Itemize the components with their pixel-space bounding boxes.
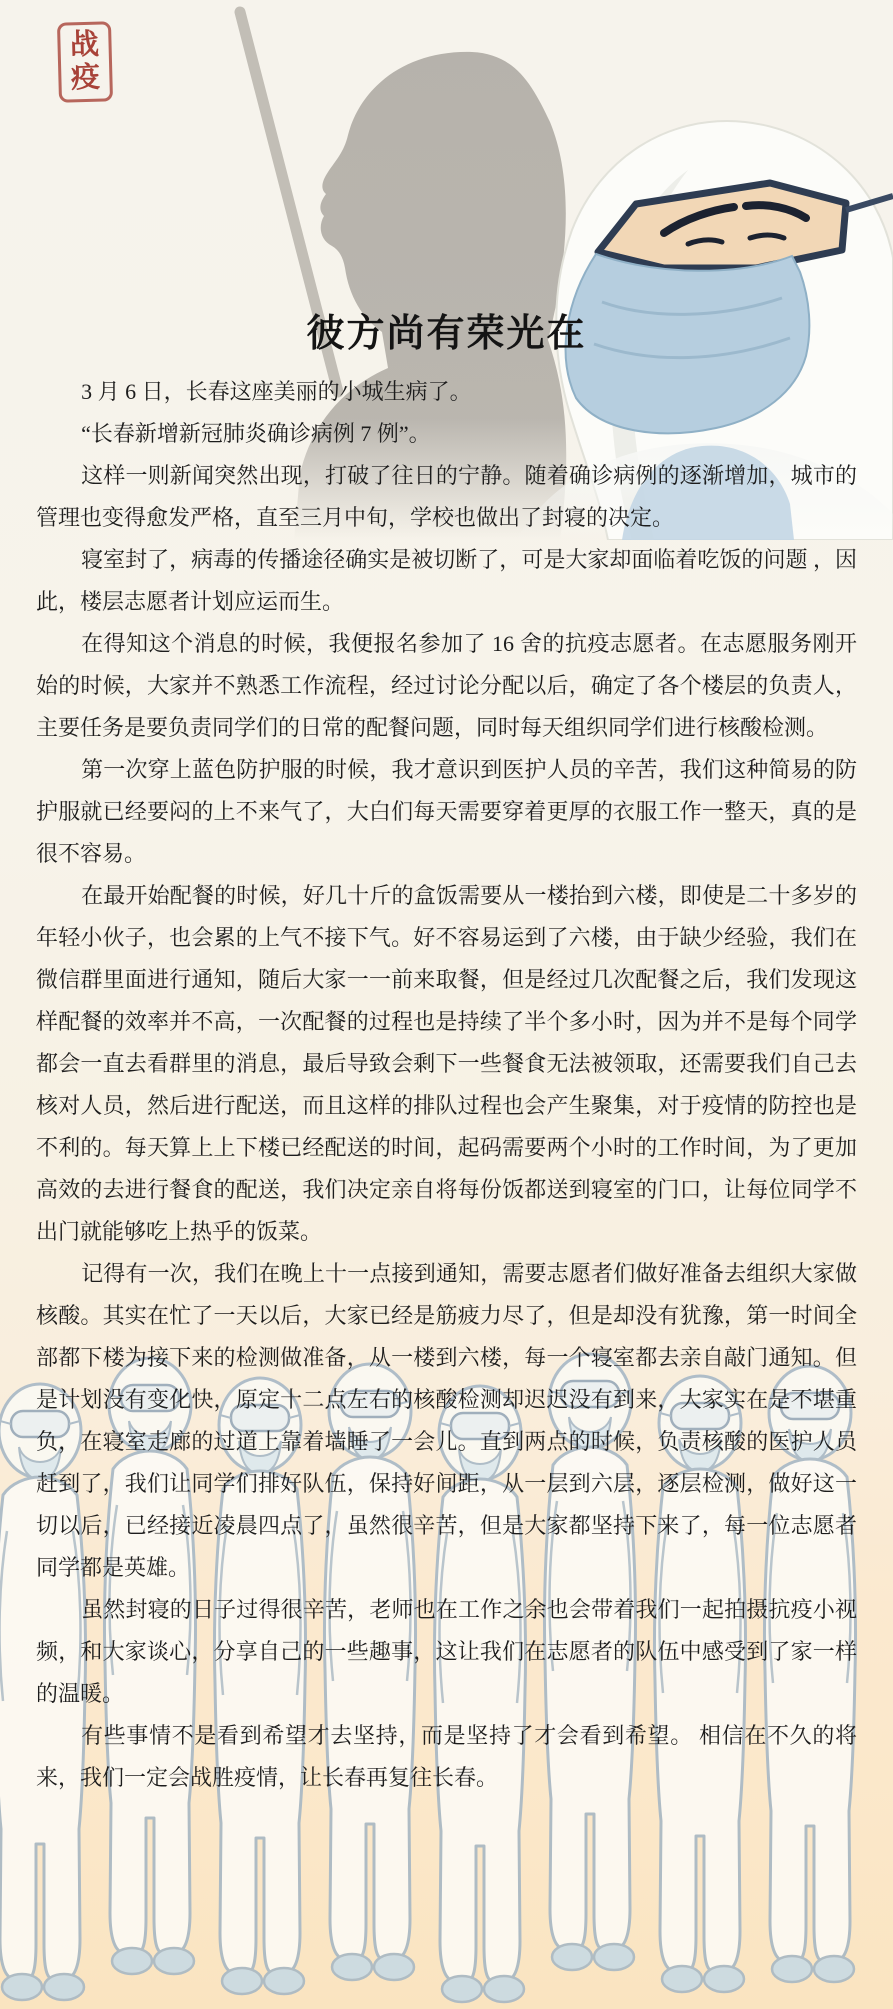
seal-char-bottom: 疫 [70, 62, 100, 96]
article-title: 彼方尚有荣光在 [0, 302, 893, 357]
paragraph-9: 虽然封寝的日子过得很辛苦，老师也在工作之余也会带着我们一起拍摄抗疫小视频，和大家… [36, 1589, 857, 1715]
paragraph-7: 在最开始配餐的时候，好几十斤的盒饭需要从一楼抬到六楼，即使是二十多岁的年轻小伙子… [36, 875, 857, 1253]
paragraph-3: 这样一则新闻突然出现，打破了往日的宁静。随着确诊病例的逐渐增加，城市的管理也变得… [36, 455, 857, 539]
paragraph-10: 有些事情不是看到希望才去坚持，而是坚持了才会看到希望。 相信在不久的将来，我们一… [36, 1715, 857, 1799]
article-page: 战 疫 彼方尚有荣光在 3 月 6 日，长春这座美丽的小城生病了。 “长春新增新… [0, 0, 893, 2009]
anti-epidemic-seal: 战 疫 [57, 21, 113, 102]
paragraph-2: “长春新增新冠肺炎确诊病例 7 例”。 [36, 413, 857, 455]
paragraph-1: 3 月 6 日，长春这座美丽的小城生病了。 [36, 371, 857, 413]
paragraph-5: 在得知这个消息的时候，我便报名参加了 16 舍的抗疫志愿者。在志愿服务刚开始的时… [36, 623, 857, 749]
paragraph-6: 第一次穿上蓝色防护服的时候，我才意识到医护人员的辛苦，我们这种简易的防护服就已经… [36, 749, 857, 875]
paragraph-8: 记得有一次，我们在晚上十一点接到通知，需要志愿者们做好准备去组织大家做核酸。其实… [36, 1253, 857, 1589]
paragraph-4: 寝室封了，病毒的传播途径确实是被切断了，可是大家却面临着吃饭的问题 ，因此，楼层… [36, 539, 857, 623]
article-body: 3 月 6 日，长春这座美丽的小城生病了。 “长春新增新冠肺炎确诊病例 7 例”… [36, 371, 857, 1799]
seal-char-top: 战 [70, 29, 100, 63]
